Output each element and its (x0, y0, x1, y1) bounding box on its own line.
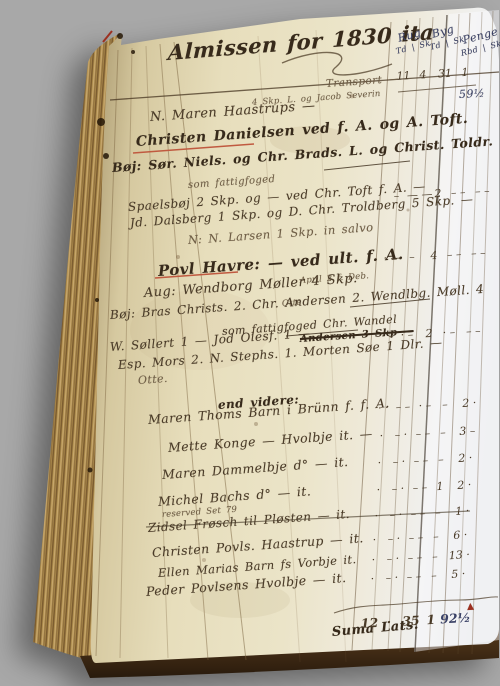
amount-cell: – · (384, 552, 403, 566)
amount-cell: · (363, 553, 385, 567)
amount-cell: – – (410, 426, 437, 440)
amount-cell: 2 · (448, 451, 484, 466)
amount-cell: 1 (433, 480, 448, 494)
amount-cell: – (428, 550, 443, 564)
amount-cell: 35 (398, 612, 425, 628)
amount-cell: 31 (432, 66, 459, 80)
amount-cell: 13 · (442, 548, 478, 563)
amount-cell (472, 74, 500, 76)
amount-cell: · (362, 572, 384, 586)
amount-cell: 11 (393, 69, 415, 83)
amount-cell: · (369, 456, 391, 470)
entry-line: Otte. (138, 372, 169, 387)
amount-cell: 2 · (452, 396, 488, 411)
amount-cell: – – (407, 480, 434, 494)
amount-cell: · — (382, 251, 404, 265)
amount-cell: – (429, 530, 444, 544)
amount-cell: · – (442, 326, 457, 340)
amount-cell: – – (447, 248, 462, 262)
amount-cell: · (366, 509, 388, 523)
amount-cell: · (368, 483, 390, 497)
amount-cell: – · (385, 532, 404, 546)
amount-cell-total: 92½ (437, 610, 473, 627)
amount-cell: – – (402, 550, 429, 564)
ledger-photo: Almissen for 1830 ita Rug Td | Sk Byg Td… (0, 0, 500, 686)
amount-cell: – – (403, 530, 430, 544)
amount-cell: – · (387, 508, 406, 522)
amount-cell: 1 (458, 66, 473, 80)
amount-cell: · (380, 614, 399, 630)
amount-cell: 12 (359, 615, 381, 631)
amount-cell: 5 · (441, 567, 477, 582)
amount-cell: – – (461, 246, 497, 261)
amount-cell: 3 – (450, 424, 486, 439)
amount-cell: – (431, 506, 446, 520)
amount-cell: – – (408, 453, 435, 467)
amount-cell: – · (383, 571, 402, 585)
amount-cell: 4 (414, 68, 433, 82)
amount-cell: – · (389, 482, 408, 496)
amount-cell: – · (390, 455, 409, 469)
amount-cell: – (434, 453, 449, 467)
transport-total: 59½ (459, 87, 486, 101)
amount-cell: 2 · (447, 478, 483, 493)
amount-cell: – – (456, 324, 492, 339)
amount-cell: · (364, 533, 386, 547)
amount-cell: – · (392, 428, 411, 442)
amount-cell: 6 · (443, 528, 479, 543)
amount-cell: – – (401, 569, 428, 583)
amount-cell: 1 · (445, 504, 481, 519)
amount-cell: – – (394, 400, 413, 414)
amount-cell: · (371, 429, 393, 443)
amount-cell: 1 (423, 612, 438, 628)
amount-cell: · · (373, 401, 395, 415)
amount-cell: – (427, 569, 442, 583)
amount-cell: – – (405, 506, 432, 520)
amount-cell: – (436, 426, 451, 440)
amount-cell: · – (412, 398, 439, 412)
amount-cell: – (403, 250, 422, 264)
amount-cell: – (438, 398, 453, 412)
amount-cell: 4 (421, 248, 448, 262)
